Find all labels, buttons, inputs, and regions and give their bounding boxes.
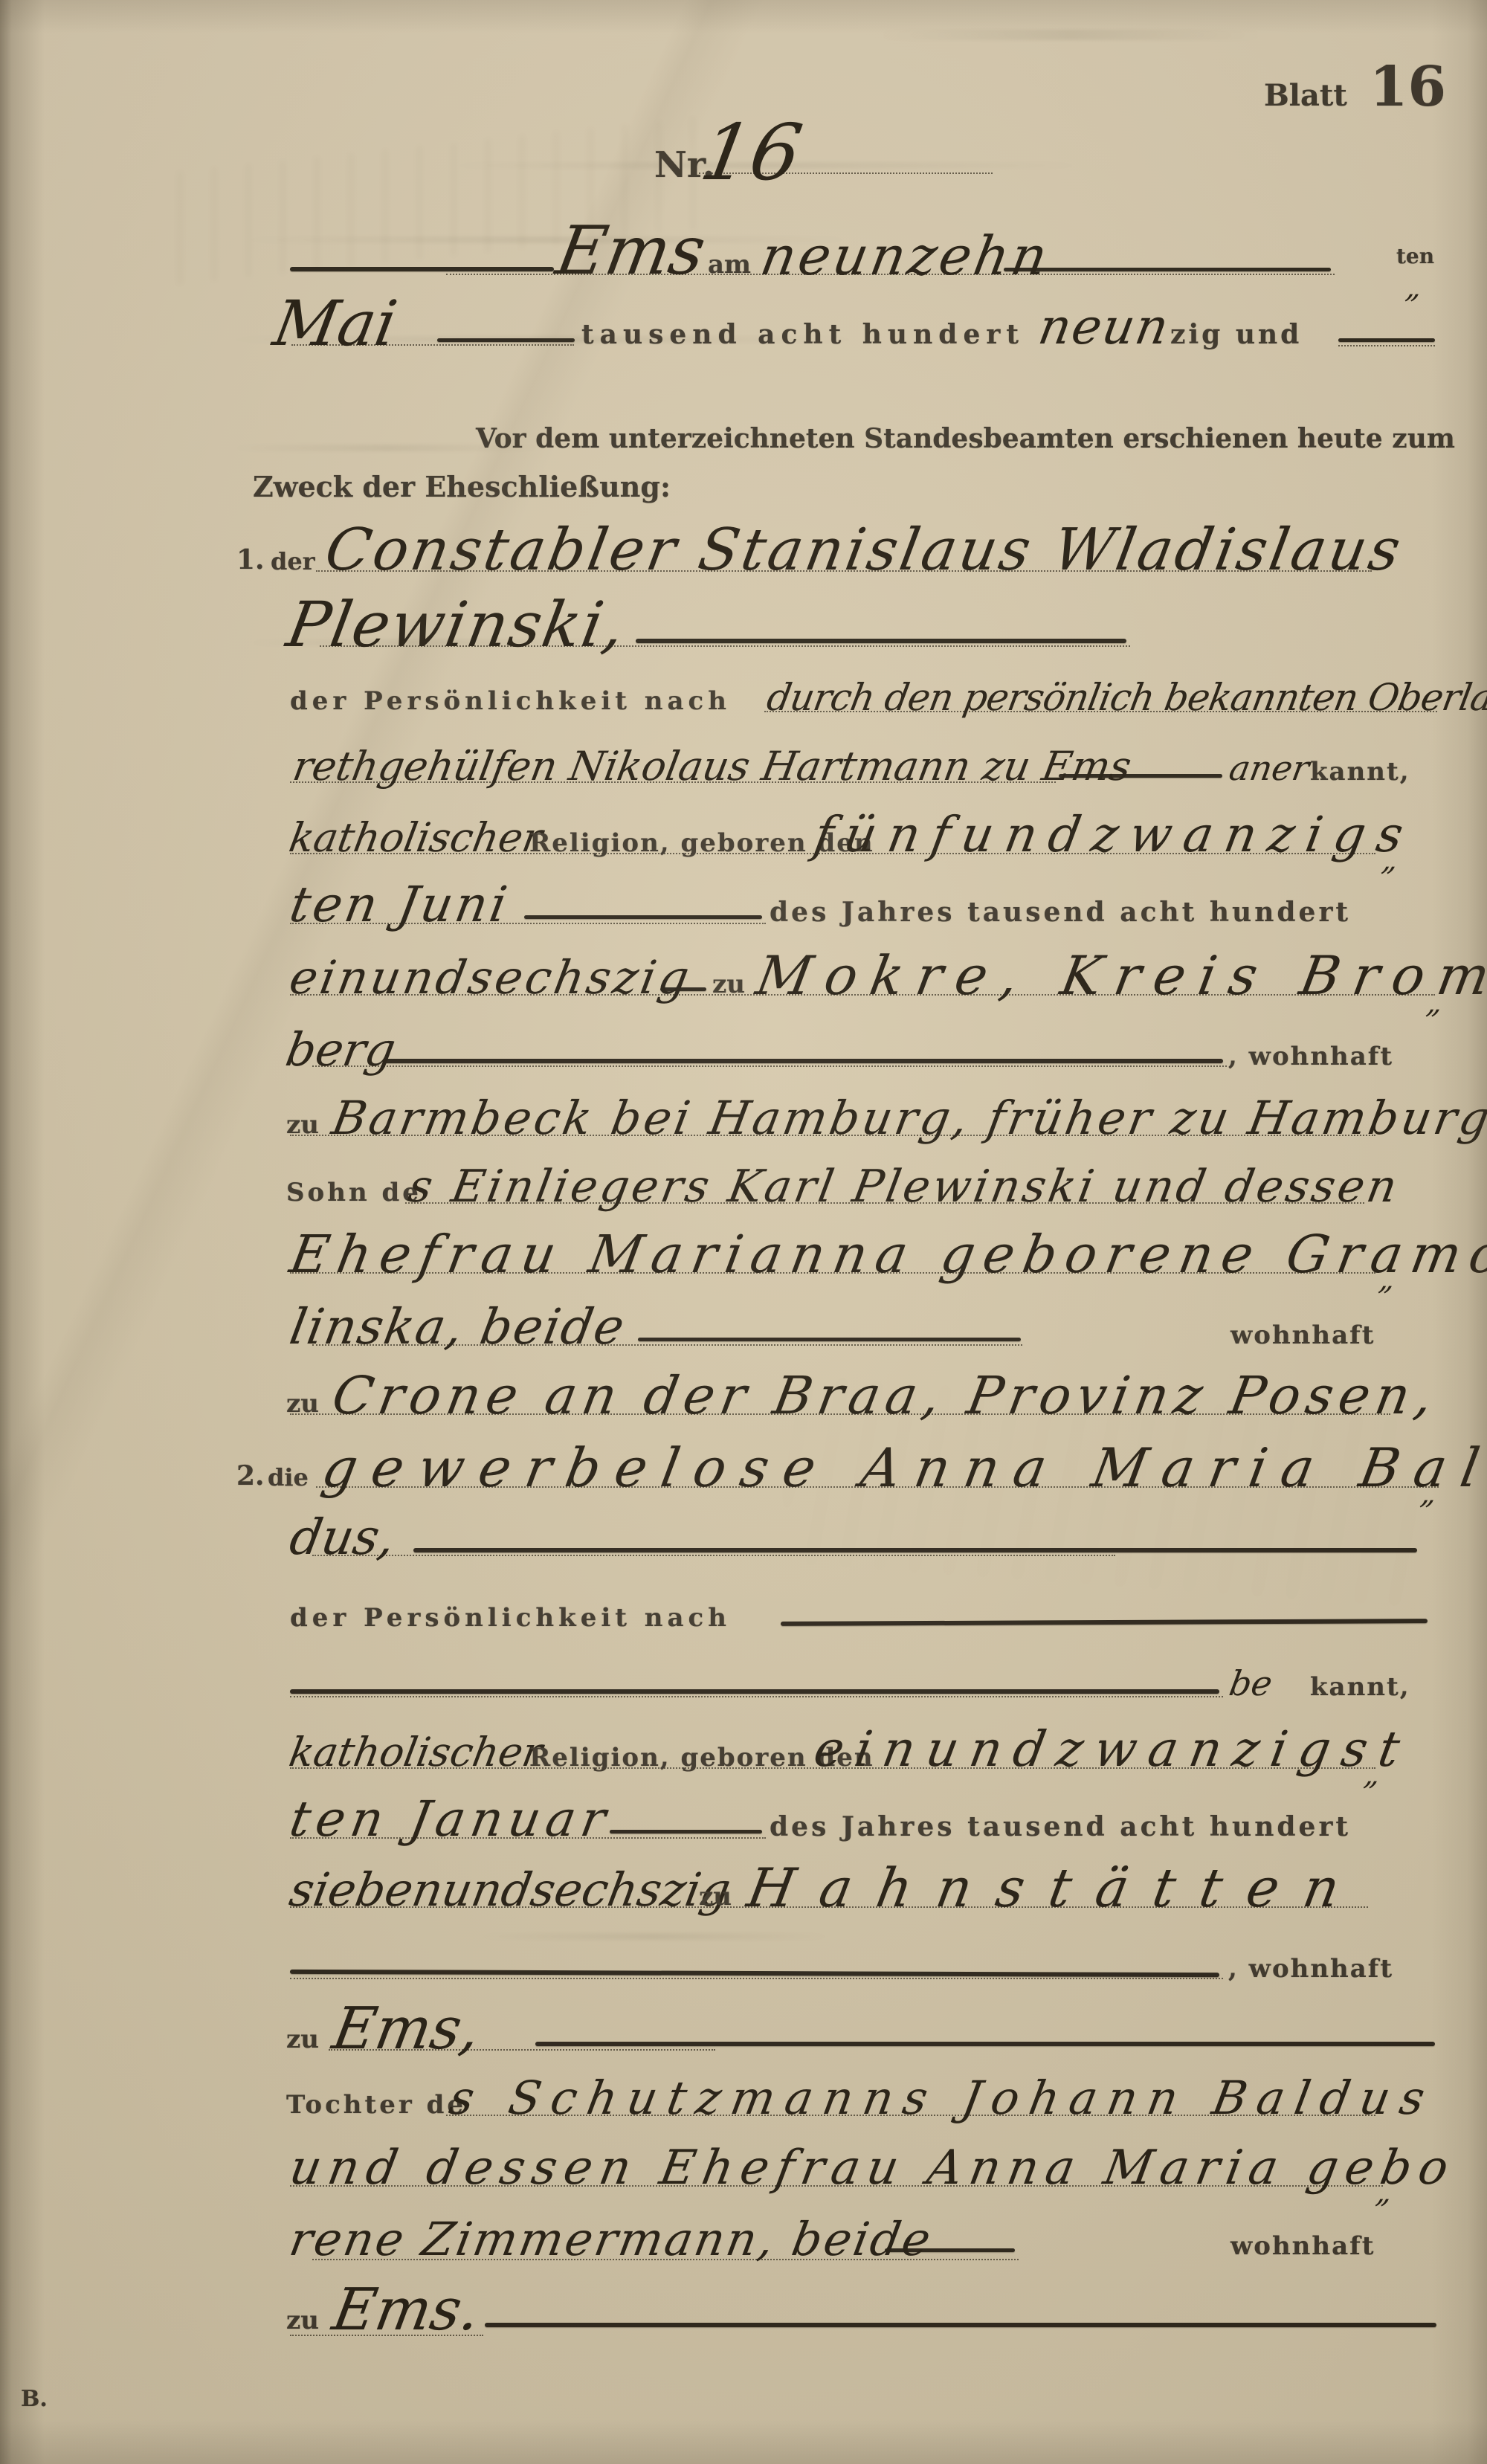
- zu-printed: zu: [286, 2027, 319, 2052]
- dotted-rule: [1338, 345, 1435, 346]
- bleedthrough-line: [877, 30, 1264, 40]
- ink-stroke: [290, 1689, 1219, 1694]
- bride-birth-day: einundzwanzigst: [810, 1725, 1415, 1774]
- zu-printed: zu: [286, 2308, 319, 2333]
- bride-residence: Ems,: [329, 2000, 484, 2058]
- ink-stroke: [413, 1548, 1417, 1552]
- dotted-rule: [290, 1978, 1223, 1979]
- sheet-number: 16: [1370, 59, 1446, 115]
- place-name: Ems: [552, 218, 710, 285]
- ink-stroke: [1338, 338, 1435, 342]
- bride-name-line2: dus,: [286, 1513, 399, 1562]
- bride-kannt-printed: kannt,: [1310, 1674, 1410, 1700]
- ink-stroke: [383, 1059, 1223, 1063]
- century-printed: tausend acht hundert: [581, 321, 1025, 348]
- ink-stroke: [437, 338, 575, 342]
- bride-index: 2.: [236, 1462, 265, 1489]
- zu-printed: zu: [699, 1884, 732, 1909]
- groom-residence: Barmbeck bei Hamburg, früher zu Hamburg,: [329, 1095, 1487, 1141]
- groom-mother-line2: linska, beide: [286, 1303, 629, 1352]
- nr-value: 16: [695, 114, 807, 191]
- wohnhaft-printed: wohnhaft: [1230, 1323, 1375, 1348]
- ink-stroke: [290, 1970, 1219, 1977]
- ink-stroke: [485, 2323, 1436, 2327]
- bride-name-line1: gewerbelose Anna Maria Bal: [318, 1441, 1487, 1494]
- am-label: am: [708, 252, 751, 277]
- groom-mother-line1: Ehefrau Marianna geborene Gramo: [286, 1228, 1487, 1280]
- ink-stroke: [638, 1338, 1021, 1341]
- month-name: Mai: [269, 292, 401, 355]
- bride-birth-printed: des Jahres tausend acht hundert: [770, 1813, 1351, 1840]
- wohnhaft-printed: , wohnhaft: [1228, 1044, 1393, 1069]
- bride-birth-year: siebenundsechszig: [286, 1867, 734, 1913]
- sheet-label: Blatt: [1264, 81, 1347, 111]
- groom-birth-printed: des Jahres tausend acht hundert: [770, 899, 1351, 926]
- groom-name-line2: Plewinski,: [283, 593, 630, 656]
- dotted-rule: [312, 1065, 1227, 1067]
- ink-stroke: [610, 1830, 762, 1834]
- ink-stroke: [1004, 268, 1331, 271]
- bride-parents-line1: und dessen Ehefrau Anna Maria gebo: [286, 2144, 1459, 2192]
- ink-stroke: [524, 915, 762, 919]
- zu-printed: zu: [712, 972, 745, 997]
- ink-stroke: [535, 2042, 1435, 2046]
- groom-name-line1: Constabler Stanislaus Wladislaus: [321, 521, 1407, 579]
- ink-stroke: [290, 267, 554, 271]
- bride-birth-cont: ten Januar: [286, 1795, 615, 1844]
- groom-identity-hw3: aner: [1227, 751, 1312, 785]
- groom-kannt-printed: kannt,: [1310, 759, 1410, 784]
- groom-birth-day: fünfundzwanzigs: [810, 810, 1419, 860]
- groom-birth-place: Mokre, Kreis Brom: [752, 949, 1487, 1002]
- preamble-line1: Vor dem unterzeichneten Standesbeamten e…: [476, 425, 1455, 452]
- dotted-rule: [312, 1555, 1115, 1556]
- bride-identity-printed: der Persönlichkeit nach: [290, 1605, 731, 1631]
- bleedthrough-line: [476, 1933, 833, 1940]
- ten-suffix: ten: [1396, 246, 1434, 267]
- bride-article: die: [268, 1465, 309, 1489]
- groom-birth-place-cont: berg: [283, 1027, 399, 1073]
- tochter-de-printed: Tochter de: [286, 2092, 466, 2118]
- registry-page: Blatt 16 Nr. 16 Ems am neunzehn ten „ Ma…: [0, 0, 1487, 2464]
- ink-stroke: [781, 1619, 1428, 1626]
- groom-religion-hw: katholischer: [286, 818, 545, 858]
- bride-parents-line2: rene Zimmermann, beide: [286, 2216, 936, 2263]
- groom-index: 1.: [236, 546, 265, 573]
- zu-printed: zu: [286, 1391, 319, 1416]
- bride-religion-hw: katholischer: [286, 1732, 545, 1773]
- preamble-line2: Zweck der Eheschließung:: [253, 473, 671, 501]
- dotted-rule: [290, 1696, 1223, 1697]
- groom-article: der: [271, 549, 315, 573]
- bride-father: s Schutzmanns Johann Baldus: [446, 2075, 1439, 2121]
- bride-birth-place: Hahnstätten: [743, 1861, 1369, 1915]
- bleedthrough-line: [238, 236, 855, 243]
- decade-word: neun: [1035, 303, 1173, 352]
- groom-parents-residence: Crone an der Braa, Provinz Posen,: [329, 1370, 1442, 1422]
- groom-birth-cont: ten Juni: [286, 880, 513, 929]
- groom-identity-hw1: durch den persönlich bekannten Oberlaza: [764, 679, 1487, 716]
- bride-identity-hw: be: [1227, 1666, 1275, 1700]
- groom-father: s Einliegers Karl Plewinski und dessen: [405, 1164, 1403, 1209]
- day-word: neunzehn: [757, 229, 1054, 283]
- zig-und-printed: zig und: [1170, 321, 1302, 348]
- sohn-de-printed: Sohn de: [286, 1180, 422, 1205]
- corner-mark: B.: [21, 2388, 48, 2410]
- ink-stroke: [636, 639, 1126, 643]
- groom-birth-year: einundsechszig: [286, 955, 695, 1001]
- continuation-mark: „: [1404, 273, 1425, 303]
- groom-identity-printed: der Persönlichkeit nach: [290, 688, 731, 714]
- zu-printed: zu: [286, 1112, 319, 1138]
- wohnhaft-printed: , wohnhaft: [1228, 1956, 1393, 1981]
- groom-identity-hw2: rethgehülfen Nikolaus Hartmann zu Ems: [290, 746, 1135, 787]
- bride-parents-residence: Ems.: [329, 2281, 484, 2339]
- wohnhaft-printed: wohnhaft: [1230, 2234, 1375, 2259]
